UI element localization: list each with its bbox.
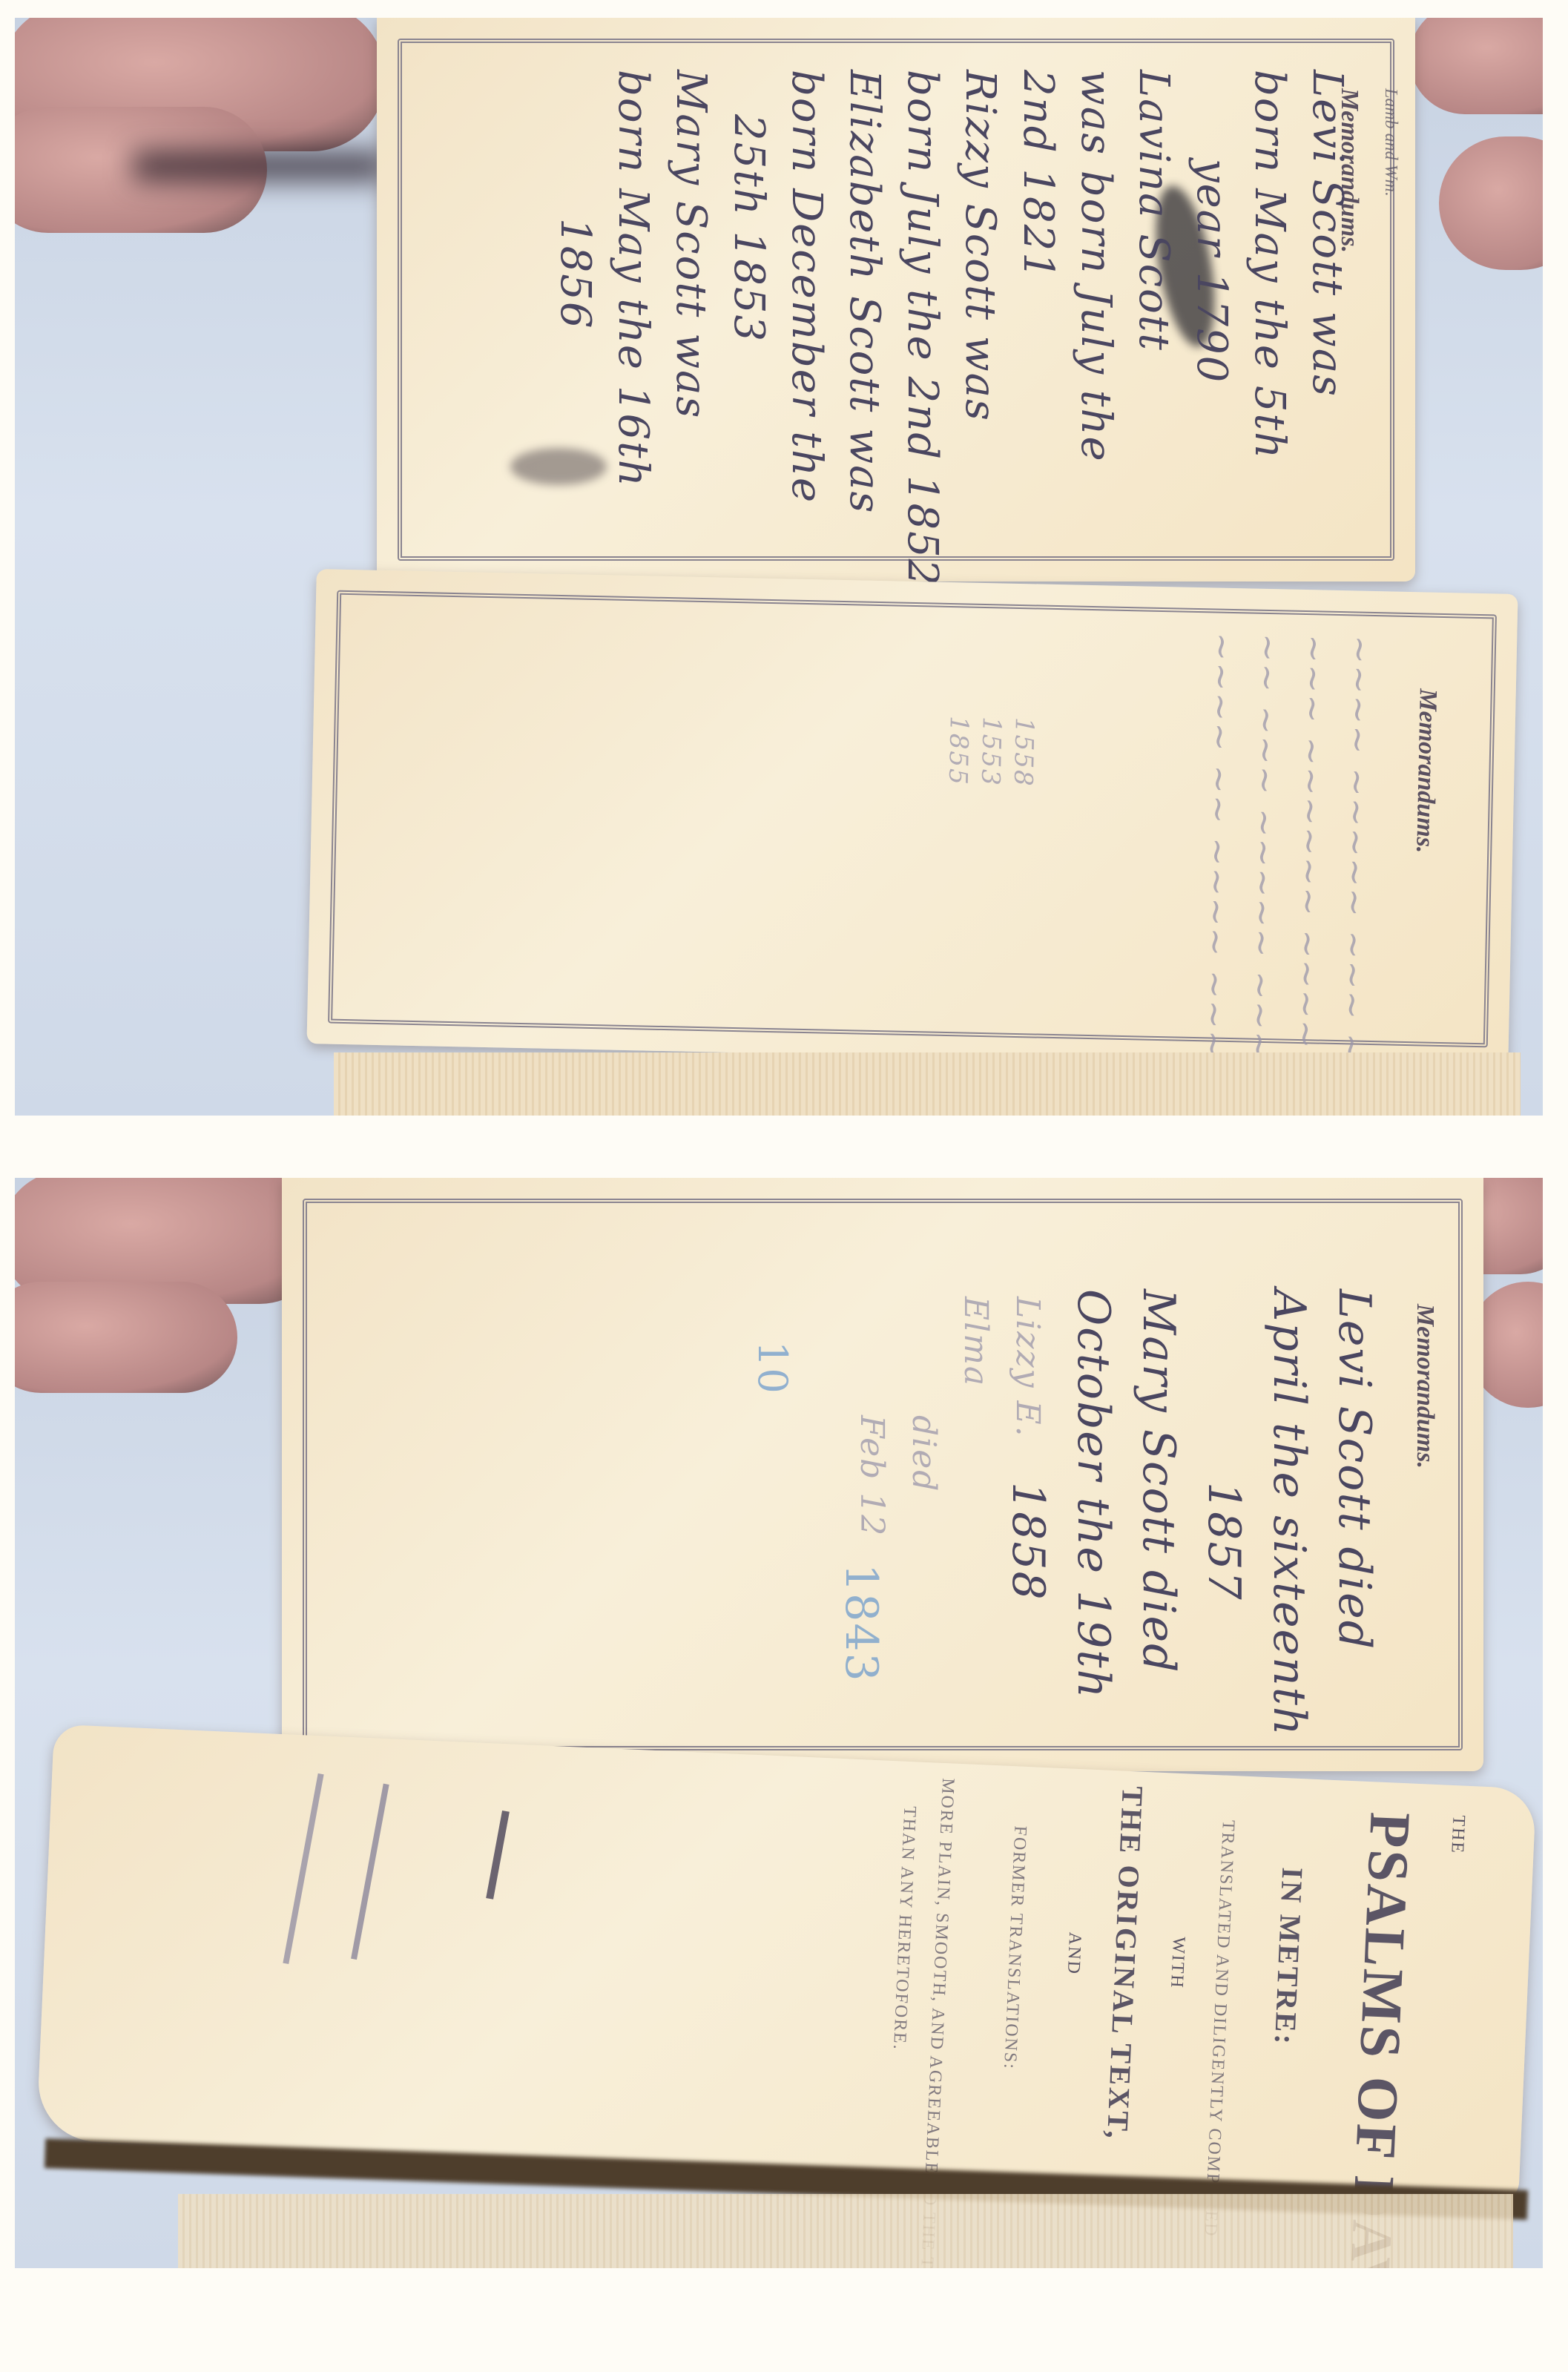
memorandum-page-deaths: Memorandums. Levi Scott died April the s… (282, 1178, 1483, 1771)
title-rule (486, 1811, 510, 1900)
imprint-line-1 (351, 1784, 389, 1960)
memorandum-page-births: Memorandums. Lamb and Wm. Levi Scott was… (377, 18, 1415, 582)
memorandum-page-faded: Memorandums. ~~~~ ~~~~~ ~~~ ~~~~ ~~~ ~~~… (306, 569, 1518, 1069)
photo-top: Memorandums. Lamb and Wm. Levi Scott was… (15, 18, 1543, 1116)
faint-heading-note: Lamb and Wm. (1380, 88, 1400, 197)
birth-records: Levi Scott was born May the 5th year 179… (546, 70, 1356, 587)
page-edges-2 (178, 2194, 1513, 2268)
title-line-translated: TRANSLATED AND DILIGENTLY COMPARED (1199, 1819, 1238, 2238)
book-subtitle: IN METRE: (1268, 1867, 1310, 2047)
blue-pencil-number: 10 (743, 1341, 801, 1395)
title-line-heretofore: THAN ANY HERETOFORE. (889, 1805, 919, 2051)
blue-pencil-year: 1843 (832, 1564, 890, 1683)
finger-top-right-2 (1439, 136, 1543, 270)
title-the: THE (1446, 1815, 1468, 1855)
page-edges (334, 1052, 1521, 1116)
memorandum-heading-2: Memorandums. (1410, 688, 1442, 854)
title-original-text: THE ORIGINAL TEXT, (1100, 1785, 1150, 2141)
photo-bottom: Memorandums. Levi Scott died April the s… (15, 1178, 1543, 2268)
title-page: THE PSALMS OF DAVID IN METRE: TRANSLATED… (36, 1724, 1537, 2204)
faint-notes: Lizzy E. Elma died Feb 12 (846, 1297, 1053, 1537)
title-line-and: AND (1063, 1931, 1085, 1975)
title-line-with: WITH (1166, 1936, 1188, 1989)
imprint-line-2 (283, 1773, 323, 1964)
title-former-translations: FORMER TRANSLATIONS: (999, 1825, 1030, 2070)
death-records: Levi Scott died April the sixteenth 1857… (995, 1289, 1387, 1737)
faded-handwriting: ~~~~ ~~~~~ ~~~ ~~~~ ~~~ ~~~~~~ ~~~~ ~~ ~… (1189, 632, 1384, 1116)
pencil-numbers: 1558 1553 1855 (941, 716, 1041, 788)
memorandum-heading-3: Memorandums. (1411, 1304, 1439, 1469)
finger-top-right (1409, 18, 1543, 114)
finger-bottom-left-2 (15, 1282, 237, 1393)
